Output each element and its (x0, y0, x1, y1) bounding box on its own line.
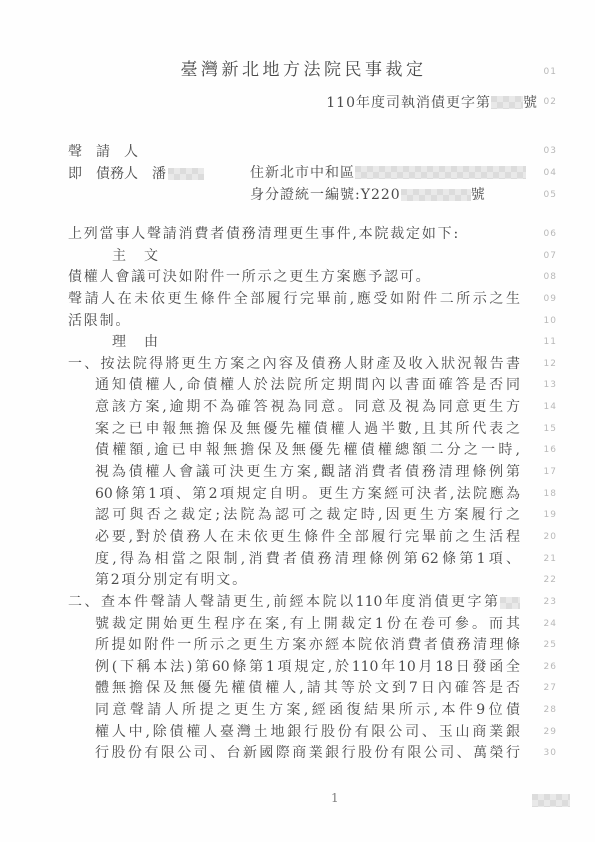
line-number: 07 (544, 251, 557, 261)
line-number: 27 (544, 683, 557, 693)
line-number: 29 (544, 727, 557, 737)
line-number: 06 (544, 229, 557, 239)
body-line: 號裁定開始更生程序在案,有上開裁定1份在卷可參。而其24 (68, 614, 557, 636)
line-number: 05 (544, 190, 557, 200)
line-number: 23 (544, 597, 557, 607)
body-line: 案之已申報無擔保及無優先權債權人過半數,且其所代表之15 (68, 419, 557, 441)
redaction-id-number (401, 189, 471, 201)
line-number: 02 (544, 97, 557, 107)
line-number: 19 (544, 510, 557, 520)
line-number: 21 (544, 554, 557, 564)
line-number: 26 (544, 662, 557, 672)
case-number-suffix: 號 (523, 95, 538, 111)
line-number: 13 (544, 380, 557, 390)
line-number: 30 (544, 748, 557, 758)
body-line: 第2項分別定有明文。22 (68, 570, 557, 592)
body-line-section-heading: 理 由11 (68, 332, 557, 354)
applicant-label: 聲 請 人 (68, 144, 138, 160)
line-number: 16 (544, 445, 557, 455)
body-line: 一、按法院得將更生方案之內容及債務人財產及收入狀況報告書12 (68, 354, 557, 376)
debtor-label: 即 債務人 潘 (68, 166, 166, 182)
line-number: 28 (544, 705, 557, 715)
line-number: 10 (544, 316, 557, 326)
case-number-prefix: 110年度司執消債更字第 (326, 95, 491, 111)
line-number: 04 (544, 168, 557, 178)
line-number: 18 (544, 489, 557, 499)
body-line: 二、查本件聲請人聲請更生,前經本院以110年度消債更字第23 (68, 592, 557, 614)
body-line: 視為債權人會議可決更生方案,觀諸消費者債務清理條例第17 (68, 462, 557, 484)
case-number-line: 110年度司執消債更字第號 (326, 93, 538, 113)
ruling-body: 上列當事人聲請消費者債務清理更生事件,本院裁定如下:06 主 文07 債權人會議… (68, 224, 557, 765)
line-number: 22 (544, 575, 557, 585)
body-line: 認可與否之裁定;法院為認可之裁定時,因更生方案履行之19 (68, 505, 557, 527)
body-line: 60條第1項、第2項規定自明。更生方案經可決者,法院應為18 (68, 484, 557, 506)
line-number: 15 (544, 424, 557, 434)
line-number: 17 (544, 467, 557, 477)
line-number: 08 (544, 272, 557, 282)
body-line: 例(下稱本法)第60條第1項規定,於110年10月18日發函全26 (68, 657, 557, 679)
body-line: 同意聲請人所提之更生方案,經函復結果所示,本件9位債28 (68, 700, 557, 722)
redaction-case-number (491, 96, 523, 109)
line-number: 09 (544, 294, 557, 304)
applicant-line: 聲 請 人 03 (68, 141, 557, 163)
line-number: 20 (544, 532, 557, 542)
redaction-prior-case-number (500, 597, 520, 609)
redaction-footer-mark (532, 794, 570, 807)
redaction-address (355, 166, 526, 179)
court-ruling-page: 臺灣新北地方法院民事裁定 01 110年度司執消債更字第號 02 聲 請 人 0… (0, 0, 595, 842)
body-line: 通知債權人,命債權人於法院所定期間內以書面確答是否同13 (68, 375, 557, 397)
body-line: 聲請人在未依更生條件全部履行完畢前,應受如附件二所示之生09 (68, 289, 557, 311)
redaction-debtor-name (168, 168, 204, 180)
body-line: 行股份有限公司、台新國際商業銀行股份有限公司、萬榮行30 (68, 743, 557, 765)
body-line: 上列當事人聲請消費者債務清理更生事件,本院裁定如下:06 (68, 224, 557, 246)
party-block: 聲 請 人 03 即 債務人 潘 住新北市中和區 04 身分證統一編號:Y220… (68, 141, 557, 206)
line-number: 25 (544, 640, 557, 650)
debtor-line: 即 債務人 潘 住新北市中和區 04 (68, 163, 557, 185)
body-line: 債權人會議可決如附件一所示之更生方案應予認可。08 (68, 267, 557, 289)
page-number: 1 (331, 791, 339, 805)
page-title: 臺灣新北地方法院民事裁定 (0, 58, 595, 82)
body-line-section-heading: 主 文07 (68, 246, 557, 268)
debtor-id: 身分證統一編號:Y220號 (250, 185, 486, 207)
body-line: 必要,對於債務人在未依更生條件全部履行完畢前之生活程20 (68, 527, 557, 549)
body-line: 債權額,逾已申報無擔保及無優先權債權總額二分之一時,16 (68, 440, 557, 462)
body-line: 權人中,除債權人臺灣土地銀行股份有限公司、玉山商業銀29 (68, 722, 557, 744)
line-number: 14 (544, 402, 557, 412)
id-line: 身分證統一編號:Y220號 05 (68, 185, 557, 207)
line-number: 01 (544, 67, 557, 77)
line-number: 03 (544, 146, 557, 156)
body-line: 活限制。10 (68, 311, 557, 333)
body-line: 意該方案,逾期不為確答視為同意。同意及視為同意更生方14 (68, 397, 557, 419)
body-line: 所提如附件一所示之更生方案亦經本院依消費者債務清理條25 (68, 635, 557, 657)
debtor-address: 住新北市中和區 (250, 163, 526, 185)
line-number: 12 (544, 359, 557, 369)
body-line: 體無擔保及無優先權債權人,請其等於文到7日內確答是否27 (68, 678, 557, 700)
line-number: 24 (544, 619, 557, 629)
body-line: 度,得為相當之限制,消費者債務清理條例第62條第1項、21 (68, 549, 557, 571)
line-number: 11 (544, 337, 557, 347)
